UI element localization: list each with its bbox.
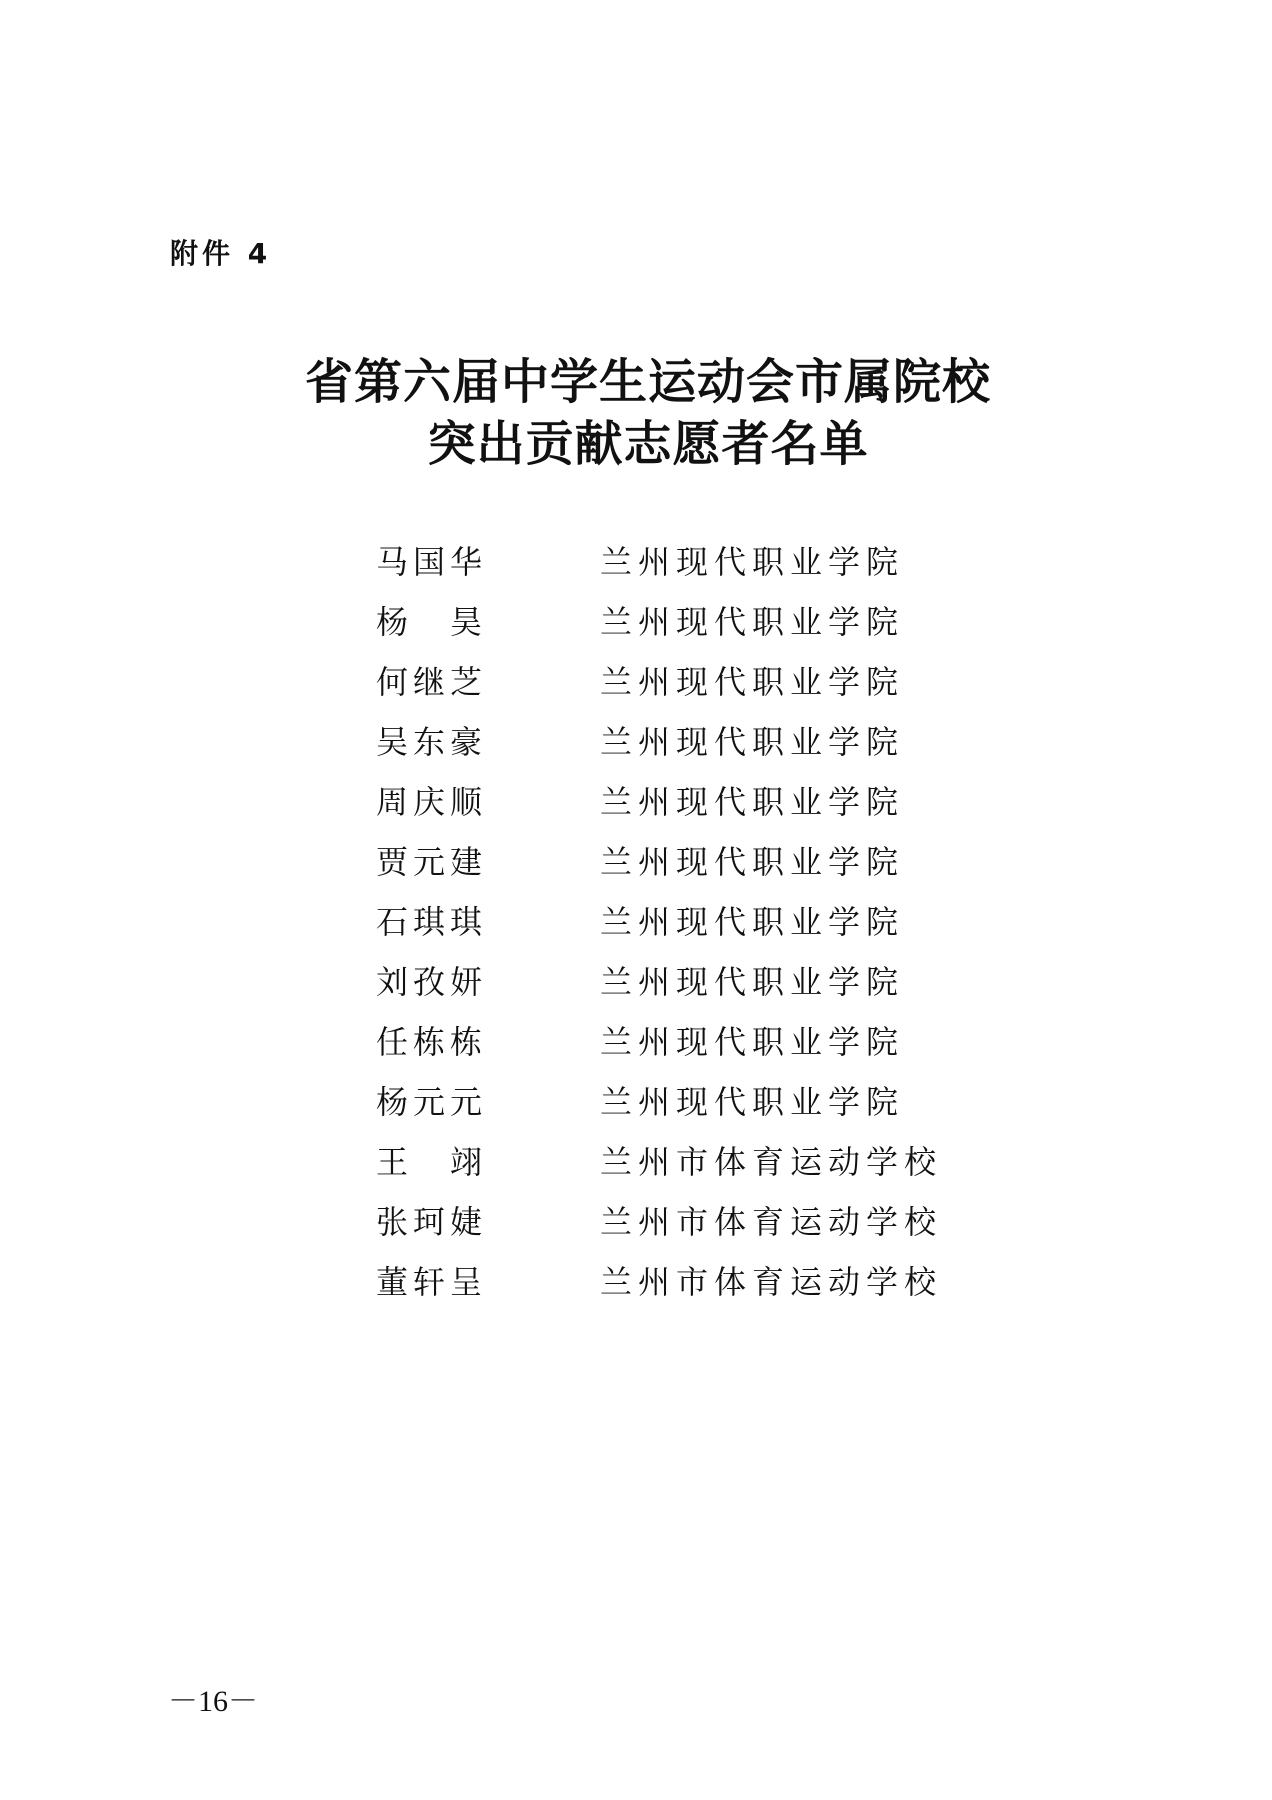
- volunteer-name: 吴东豪: [376, 720, 487, 764]
- list-item: 杨 昊 兰州现代职业学院: [376, 600, 936, 660]
- list-item: 王 翊 兰州市体育运动学校: [376, 1140, 936, 1200]
- volunteer-name: 石琪琪: [376, 900, 487, 944]
- volunteer-name: 杨元元: [376, 1080, 487, 1124]
- volunteer-institution: 兰州现代职业学院: [600, 1080, 904, 1124]
- page-number: －16－: [168, 1684, 258, 1720]
- volunteer-institution: 兰州市体育运动学校: [600, 1260, 942, 1304]
- volunteer-name: 王 翊: [376, 1140, 487, 1184]
- list-item: 周庆顺 兰州现代职业学院: [376, 780, 936, 840]
- volunteer-institution: 兰州现代职业学院: [600, 960, 904, 1004]
- volunteer-name: 刘孜妍: [376, 960, 487, 1004]
- list-item: 张珂婕 兰州市体育运动学校: [376, 1200, 936, 1260]
- list-item: 杨元元 兰州现代职业学院: [376, 1080, 936, 1140]
- list-item: 吴东豪 兰州现代职业学院: [376, 720, 936, 780]
- list-item: 石琪琪 兰州现代职业学院: [376, 900, 936, 960]
- volunteer-institution: 兰州市体育运动学校: [600, 1140, 942, 1184]
- document-title-line-2: 突出贡献志愿者名单: [12, 414, 1272, 474]
- volunteer-institution: 兰州现代职业学院: [600, 900, 904, 944]
- volunteer-institution: 兰州现代职业学院: [600, 720, 904, 764]
- list-item: 马国华 兰州现代职业学院: [376, 540, 936, 600]
- list-item: 贾元建 兰州现代职业学院: [376, 840, 936, 900]
- volunteer-institution: 兰州市体育运动学校: [600, 1200, 942, 1244]
- volunteer-institution: 兰州现代职业学院: [600, 780, 904, 824]
- volunteer-institution: 兰州现代职业学院: [600, 660, 904, 704]
- volunteer-name: 任栋栋: [376, 1020, 487, 1064]
- volunteer-name: 杨 昊: [376, 600, 487, 644]
- list-item: 刘孜妍 兰州现代职业学院: [376, 960, 936, 1020]
- volunteer-institution: 兰州现代职业学院: [600, 840, 904, 884]
- volunteer-institution: 兰州现代职业学院: [600, 600, 904, 644]
- volunteer-name: 贾元建: [376, 840, 487, 884]
- list-item: 任栋栋 兰州现代职业学院: [376, 1020, 936, 1080]
- volunteer-name: 马国华: [376, 540, 487, 584]
- volunteer-name: 董轩呈: [376, 1260, 487, 1304]
- volunteer-name: 周庆顺: [376, 780, 487, 824]
- list-item: 何继芝 兰州现代职业学院: [376, 660, 936, 720]
- volunteer-name: 何继芝: [376, 660, 487, 704]
- list-item: 董轩呈 兰州市体育运动学校: [376, 1260, 936, 1320]
- volunteer-list: 马国华 兰州现代职业学院 杨 昊 兰州现代职业学院 何继芝 兰州现代职业学院 吴…: [376, 540, 936, 1320]
- document-title-line-1: 省第六届中学生运动会市属院校: [12, 352, 1272, 412]
- volunteer-institution: 兰州现代职业学院: [600, 1020, 904, 1064]
- attachment-label: 附件 4: [170, 236, 271, 272]
- volunteer-name: 张珂婕: [376, 1200, 487, 1244]
- volunteer-institution: 兰州现代职业学院: [600, 540, 904, 584]
